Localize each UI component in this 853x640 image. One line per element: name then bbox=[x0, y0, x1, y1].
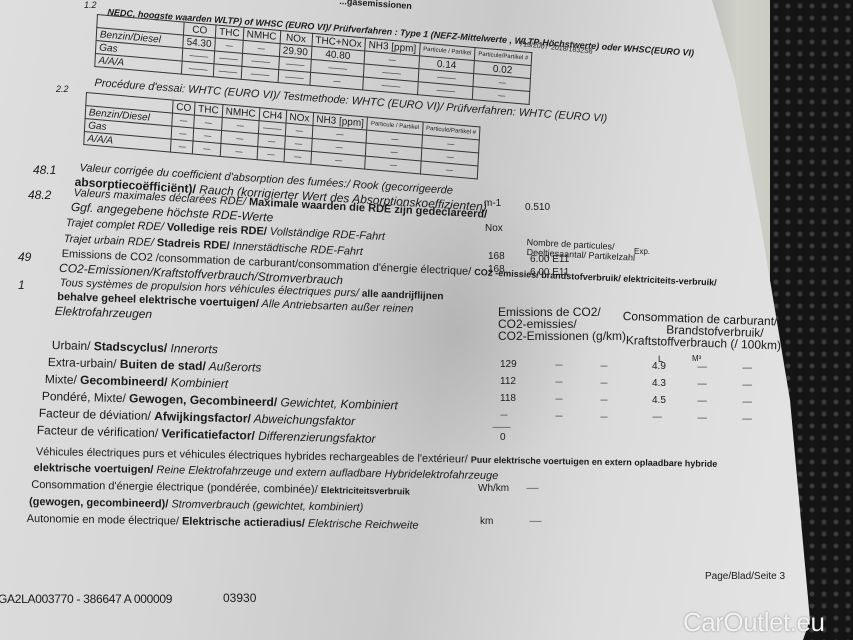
table-cell: --- bbox=[170, 139, 193, 154]
consumption-value: --- bbox=[600, 360, 607, 374]
table-cell: -------- bbox=[278, 70, 311, 86]
consumption-value: --- bbox=[555, 359, 562, 373]
section-2-2-number: 2.2 bbox=[56, 82, 69, 96]
consumption-value: ---- bbox=[652, 411, 661, 425]
consumption-value: 112 bbox=[500, 375, 516, 389]
nox-label: Nox bbox=[485, 222, 503, 236]
consumption-value: ---- bbox=[697, 412, 706, 426]
ev-consumption-unit: Wh/km bbox=[478, 482, 509, 496]
rde-particles-value: 6.00 E11 bbox=[530, 253, 569, 267]
rde-nox-value: 168 bbox=[488, 250, 505, 264]
consumption-row-label: Extra-urbain/ Buiten de stad/ Außerorts bbox=[48, 355, 262, 375]
exp-label: Exp. bbox=[634, 245, 650, 259]
consumption-value: 118 bbox=[500, 392, 516, 406]
document-id: GA2LA003770 - 386647 A 000009 bbox=[0, 592, 172, 606]
table-cell: -------- bbox=[241, 66, 279, 82]
consumption-value: --- bbox=[600, 411, 607, 425]
section-1-number: 1 bbox=[18, 278, 25, 292]
table-cell: -------- bbox=[181, 61, 214, 77]
section-1-2-title-line1: ...gasemissionen bbox=[339, 0, 412, 13]
section-48-1-number: 48.1 bbox=[33, 163, 56, 177]
consumption-value: ---- bbox=[697, 378, 706, 392]
section-48-2-number: 48.2 bbox=[28, 188, 51, 202]
consumption-value: ---- bbox=[697, 361, 706, 375]
consumption-value: --- bbox=[600, 377, 607, 391]
table-cell: --- bbox=[220, 143, 258, 159]
consumption-value: ---- bbox=[742, 379, 751, 393]
page-number: Page/Blad/Seite 3 bbox=[705, 570, 785, 584]
consumption-value: ---- bbox=[742, 362, 751, 376]
ev-range-value: ------ bbox=[529, 514, 541, 528]
document-code: 03930 bbox=[223, 591, 256, 605]
consumption-value: 4.5 bbox=[652, 394, 666, 408]
consumption-value: ---- bbox=[742, 396, 751, 410]
consumption-value: --- bbox=[555, 376, 562, 390]
smoke-value: 0.510 bbox=[525, 201, 550, 215]
table-cell: --- bbox=[192, 141, 220, 156]
consumption-row-label: Mixte/ Gecombineerd/ Kombiniert bbox=[45, 372, 229, 391]
section-49-number: 49 bbox=[18, 250, 31, 264]
deviation-line: --------- bbox=[492, 420, 510, 434]
consumption-value: 4.9 bbox=[652, 360, 666, 374]
consumption-value: --- bbox=[600, 394, 607, 408]
table-cell: --- bbox=[284, 149, 312, 164]
consumption-value: --- bbox=[555, 393, 562, 407]
consumption-value: ---- bbox=[742, 413, 751, 427]
consumption-value: ---- bbox=[697, 395, 706, 409]
ev-consumption-value: ------ bbox=[526, 481, 538, 495]
table-cell: --- bbox=[257, 147, 285, 162]
consumption-value: 129 bbox=[500, 358, 517, 372]
consumption-value: --- bbox=[555, 410, 562, 424]
watermark-logo: CarOutlet.eu bbox=[683, 607, 824, 638]
document-page: 1.2 ...gasemissionen NEDC, hoogste waard… bbox=[0, 0, 810, 640]
table-cell: -------- bbox=[213, 64, 241, 79]
section-1-2-number: 1.2 bbox=[84, 0, 97, 12]
consumption-row-label: Urbain/ Stadscyclus/ Innerorts bbox=[52, 338, 218, 356]
consumption-value: 4.3 bbox=[652, 377, 666, 391]
ev-range-unit: km bbox=[480, 515, 493, 529]
